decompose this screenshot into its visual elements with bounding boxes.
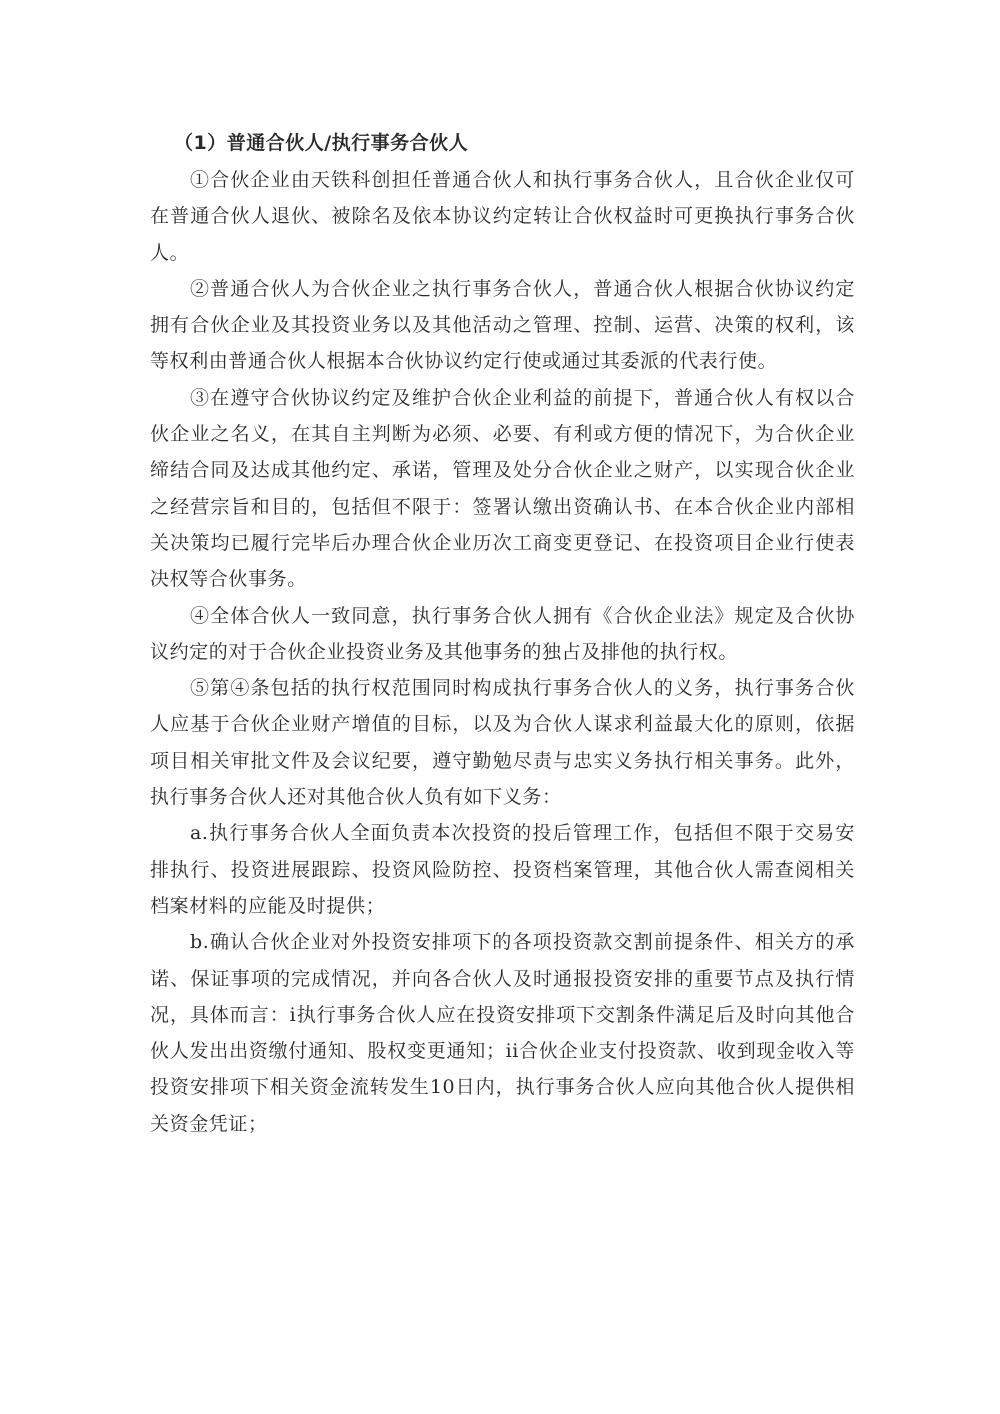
paragraph-b: b.确认合伙企业对外投资安排项下的各项投资款交割前提条件、相关方的承诺、保证事项…: [150, 924, 855, 1142]
paragraph-a: a.执行事务合伙人全面负责本次投资的投后管理工作，包括但不限于交易安排执行、投资…: [150, 815, 855, 924]
document-page: （1）普通合伙人/执行事务合伙人 ①合伙企业由天铁科创担任普通合伙人和执行事务合…: [150, 128, 855, 1142]
paragraph-5: ⑤第④条包括的执行权范围同时构成执行事务合伙人的义务，执行事务合伙人应基于合伙企…: [150, 670, 855, 815]
paragraph-1: ①合伙企业由天铁科创担任普通合伙人和执行事务合伙人，且合伙企业仅可在普通合伙人退…: [150, 162, 855, 271]
paragraph-2: ②普通合伙人为合伙企业之执行事务合伙人，普通合伙人根据合伙协议约定拥有合伙企业及…: [150, 271, 855, 380]
paragraph-4: ④全体合伙人一致同意，执行事务合伙人拥有《合伙企业法》规定及合伙协议约定的对于合…: [150, 598, 855, 671]
section-heading: （1）普通合伙人/执行事务合伙人: [174, 128, 855, 158]
paragraph-3: ③在遵守合伙协议约定及维护合伙企业利益的前提下，普通合伙人有权以合伙企业之名义，…: [150, 380, 855, 598]
